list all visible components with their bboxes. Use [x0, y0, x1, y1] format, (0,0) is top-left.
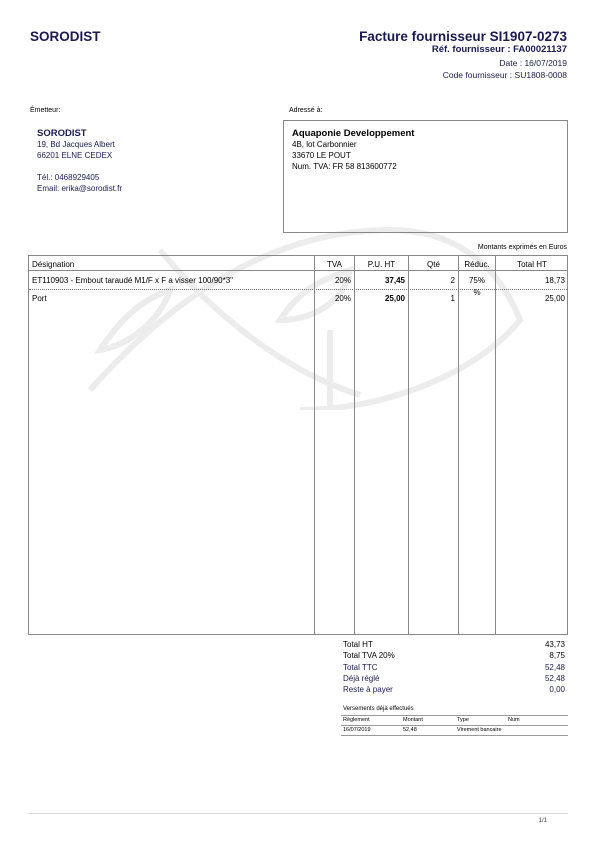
- already-paid-value: 52,48: [545, 673, 565, 684]
- row2-tva: 20%: [315, 293, 351, 305]
- row2-designation: Port: [32, 293, 47, 305]
- recipient-block: Aquaponie Developpement 4B, lot Carbonni…: [292, 128, 414, 172]
- invoice-title: Facture fournisseur SI1907-0273: [359, 29, 567, 44]
- emitter-email: Email: erika@sorodist.fr: [37, 183, 122, 194]
- already-paid-row: Déjà réglé52,48: [343, 673, 565, 684]
- remaining-value: 0,00: [549, 684, 565, 695]
- total-ttc-row: Total TTC52,48: [343, 662, 565, 673]
- recipient-address2: 33670 LE POUT: [292, 150, 414, 161]
- col-tva: TVA: [315, 259, 354, 271]
- col-qty: Qté: [409, 259, 458, 271]
- payment-row: 16/07/2019 52,48 Virement bancaire: [341, 726, 568, 735]
- payments-col-type: Type: [457, 717, 469, 723]
- payment-amount: 52,48: [403, 727, 417, 733]
- total-ht-row: Total HT43,73: [343, 639, 565, 650]
- row1-designation: ET110903 - Embout taraudé M1/F x F a vis…: [32, 275, 233, 287]
- payments-col-date: Règlement: [343, 717, 370, 723]
- row1-tva: 20%: [315, 275, 351, 287]
- row1-pu-ht: 37,45: [355, 275, 405, 287]
- invoice-lines-table: Désignation TVA P.U. HT Qté Réduc. Total…: [28, 255, 568, 635]
- payment-type: Virement bancaire: [457, 727, 502, 733]
- total-ttc-label: Total TTC: [343, 662, 378, 673]
- payments-col-amount: Montant: [403, 717, 423, 723]
- payments-col-num: Num: [508, 717, 520, 723]
- totals-block: Total HT43,73 Total TVA 20%8,75 Total TT…: [343, 639, 565, 695]
- remaining-row: Reste à payer0,00: [343, 684, 565, 695]
- emitter-address2: 66201 ELNE CEDEX: [37, 150, 122, 161]
- already-paid-label: Déjà réglé: [343, 673, 379, 684]
- total-tva-row: Total TVA 20%8,75: [343, 650, 565, 661]
- company-name: SORODIST: [30, 29, 101, 44]
- emitter-name: SORODIST: [37, 128, 122, 139]
- row1-reduc: 75%: [459, 275, 495, 287]
- supplier-reference: Réf. fournisseur : FA00021137: [432, 44, 567, 55]
- emitter-address1: 19, Bd Jacques Albert: [37, 139, 122, 150]
- row2-qty: 1: [409, 293, 455, 305]
- emitter-block: SORODIST 19, Bd Jacques Albert 66201 ELN…: [37, 128, 122, 194]
- col-total-ht: Total HT: [496, 259, 568, 271]
- recipient-name: Aquaponie Developpement: [292, 128, 414, 139]
- row2-pu-ht: 25,00: [355, 293, 405, 305]
- col-designation: Désignation: [32, 259, 74, 271]
- payment-date: 16/07/2019: [343, 727, 371, 733]
- footer-divider: [28, 813, 568, 814]
- emitter-label: Émetteur:: [30, 107, 60, 114]
- recipient-label: Adressé à:: [289, 107, 322, 114]
- emitter-phone: Tél.: 0468929405: [37, 172, 122, 183]
- total-ht-label: Total HT: [343, 639, 373, 650]
- recipient-address1: 4B, lot Carbonnier: [292, 139, 414, 150]
- row1-total-ht: 18,73: [496, 275, 565, 287]
- recipient-vat: Num. TVA: FR 58 813600772: [292, 161, 414, 172]
- row2-reduc: %: [459, 287, 495, 299]
- col-reduc: Réduc.: [459, 259, 495, 271]
- total-tva-value: 8,75: [549, 650, 565, 661]
- supplier-code: Code fournisseur : SU1808-0008: [443, 70, 567, 80]
- payments-table: Règlement Montant Type Num 16/07/2019 52…: [341, 715, 568, 736]
- total-ttc-value: 52,48: [545, 662, 565, 673]
- col-pu-ht: P.U. HT: [355, 259, 408, 271]
- page-number: 1/1: [539, 818, 547, 824]
- payments-header-row: Règlement Montant Type Num: [341, 716, 568, 725]
- payments-title: Versements déjà effectués: [343, 706, 414, 712]
- currency-note: Montants exprimés en Euros: [478, 244, 567, 251]
- invoice-date: Date : 16/07/2019: [499, 58, 567, 68]
- row2-total-ht: 25,00: [496, 293, 565, 305]
- remaining-label: Reste à payer: [343, 684, 393, 695]
- row1-qty: 2: [409, 275, 455, 287]
- total-tva-label: Total TVA 20%: [343, 650, 395, 661]
- total-ht-value: 43,73: [545, 639, 565, 650]
